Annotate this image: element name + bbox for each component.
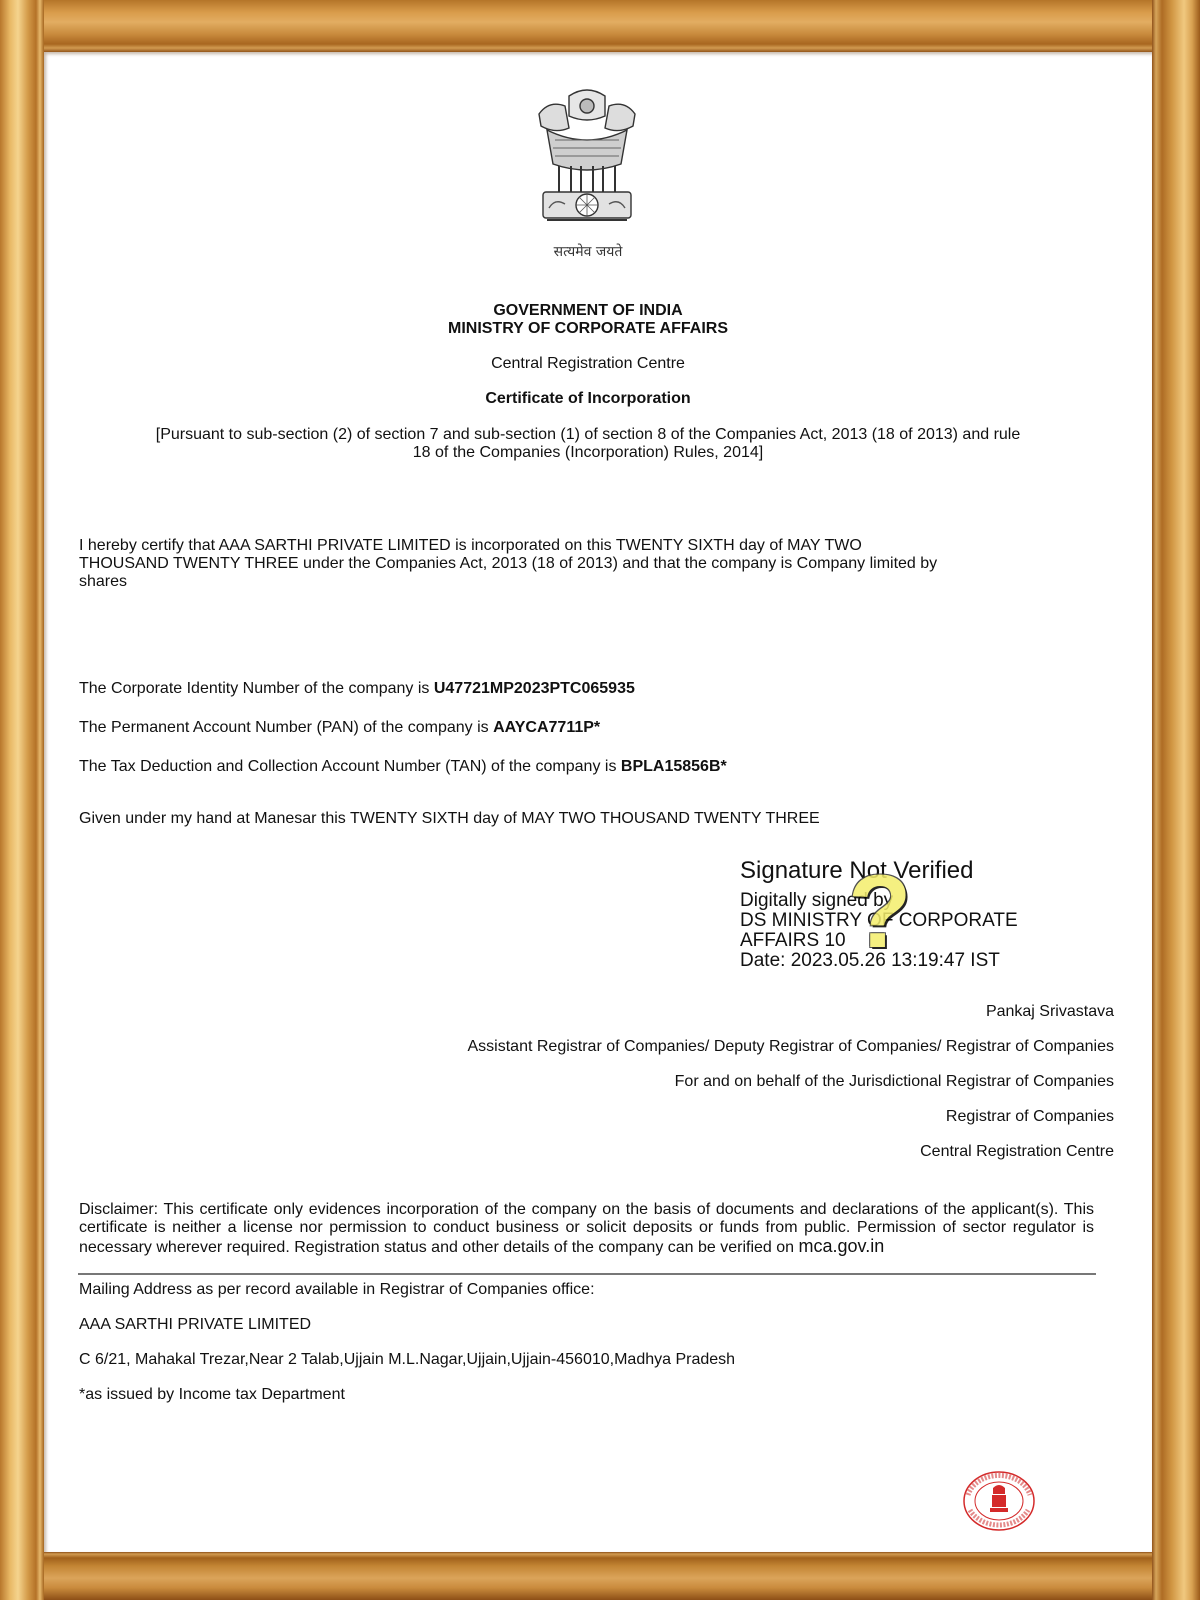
- pan-value: AAYCA7711P*: [493, 719, 600, 736]
- mailing-company: AAA SARTHI PRIVATE LIMITED: [79, 1316, 311, 1334]
- cin-label: The Corporate Identity Number of the com…: [79, 680, 434, 697]
- mca-seal-icon: [962, 1470, 1036, 1532]
- digital-signature-block[interactable]: Signature Not Verified Digitally signed …: [740, 857, 1100, 971]
- office-name: Central Registration Centre: [0, 355, 1176, 373]
- pursuant-line-1: [Pursuant to sub-section (2) of section …: [0, 426, 1176, 444]
- signatory-behalf: For and on behalf of the Jurisdictional …: [675, 1073, 1114, 1091]
- signed-by-label: Digitally signed by: [740, 891, 1100, 911]
- pan-tan-footnote: *as issued by Income tax Department: [79, 1386, 345, 1404]
- question-mark-icon: ?: [848, 860, 912, 964]
- signature-date: Date: 2023.05.26 13:19:47 IST: [740, 951, 1100, 971]
- pan-label: The Permanent Account Number (PAN) of th…: [79, 719, 493, 736]
- pan-statement: The Permanent Account Number (PAN) of th…: [79, 719, 600, 737]
- certification-line-1: I hereby certify that AAA SARTHI PRIVATE…: [79, 537, 862, 555]
- signatory-office: Central Registration Centre: [920, 1143, 1114, 1161]
- given-under-statement: Given under my hand at Manesar this TWEN…: [79, 810, 820, 828]
- signature-status: Signature Not Verified: [740, 857, 1100, 885]
- divider: [78, 1273, 1096, 1275]
- signatory-name: Pankaj Srivastava: [986, 1003, 1114, 1021]
- signatory-role: Registrar of Companies: [946, 1108, 1114, 1126]
- mailing-heading: Mailing Address as per record available …: [79, 1281, 595, 1299]
- cin-value: U47721MP2023PTC065935: [434, 680, 635, 697]
- tan-label: The Tax Deduction and Collection Account…: [79, 758, 621, 775]
- mca-link[interactable]: mca.gov.in: [799, 1236, 885, 1256]
- government-heading: GOVERNMENT OF INDIA: [0, 302, 1176, 320]
- certification-line-2: THOUSAND TWENTY THREE under the Companie…: [79, 555, 937, 573]
- tan-statement: The Tax Deduction and Collection Account…: [79, 758, 727, 776]
- disclaimer-text: Disclaimer: This certificate only eviden…: [79, 1201, 1094, 1257]
- signer-line-2: AFFAIRS 10: [740, 931, 1100, 951]
- ministry-heading: MINISTRY OF CORPORATE AFFAIRS: [0, 320, 1176, 338]
- signatory-designation: Assistant Registrar of Companies/ Deputy…: [468, 1038, 1115, 1056]
- signer-line-1: DS MINISTRY OF CORPORATE: [740, 911, 1100, 931]
- pursuant-line-2: 18 of the Companies (Incorporation) Rule…: [0, 444, 1176, 462]
- tan-value: BPLA15856B*: [621, 758, 727, 775]
- certificate-title: Certificate of Incorporation: [0, 390, 1176, 408]
- disclaimer-body: Disclaimer: This certificate only eviden…: [79, 1201, 1094, 1256]
- certification-line-3: shares: [79, 573, 127, 591]
- mailing-address: C 6/21, Mahakal Trezar,Near 2 Talab,Ujja…: [79, 1351, 735, 1369]
- emblem-motto: सत्यमेव जयते: [0, 242, 1176, 261]
- ashoka-emblem-icon: [529, 84, 645, 234]
- cin-statement: The Corporate Identity Number of the com…: [79, 680, 635, 698]
